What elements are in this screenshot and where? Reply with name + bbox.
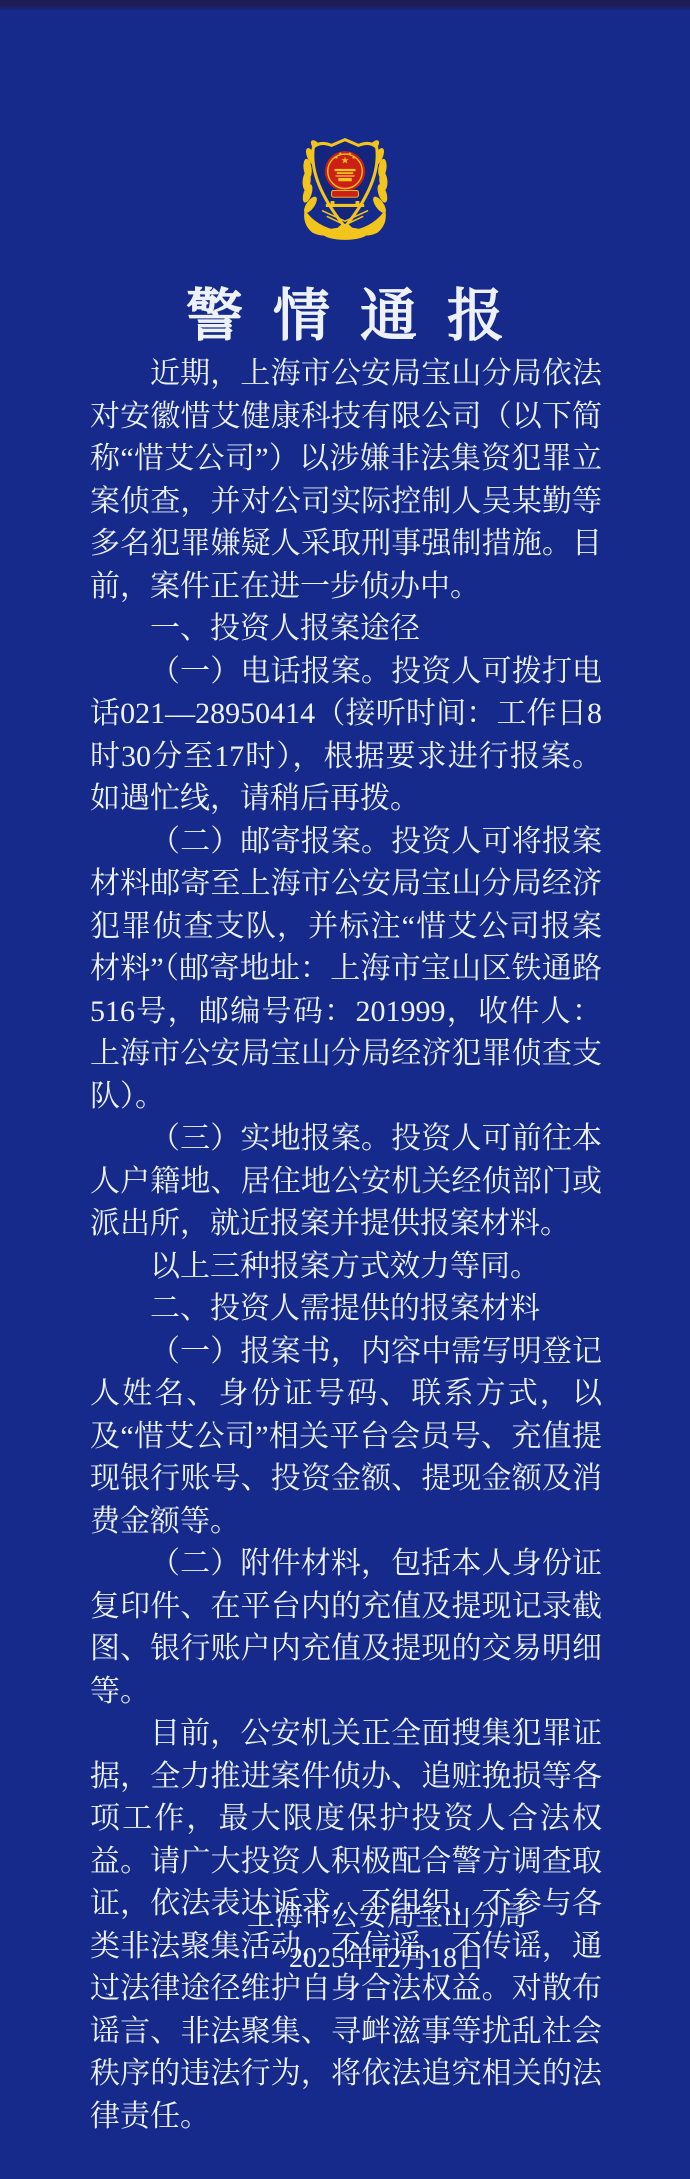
notice-paragraph: （一）电话报案。投资人可拨打电话021—28950414（接听时间：工作日8时3… <box>90 651 602 821</box>
notice-paragraph: （三）实地报案。投资人可前往本人户籍地、居住地公安机关经侦部门或派出所，就近报案… <box>90 1118 602 1246</box>
top-strip <box>0 0 690 11</box>
notice-paragraph: 二、投资人需提供的报案材料 <box>90 1288 602 1331</box>
notice-paragraph: 一、投资人报案途径 <box>90 608 602 651</box>
china-police-badge-icon: ★ ★ ★ ★ ★ <box>297 131 393 248</box>
svg-text:★: ★ <box>348 151 352 156</box>
issue-date: 2025年12月18日 <box>42 1938 690 1980</box>
police-notice-page: { "page": { "background_color": "#152a8a… <box>0 0 690 2179</box>
notice-paragraph: 以上三种报案方式效力等同。 <box>90 1246 602 1289</box>
notice-paragraph: （一）报案书，内容中需写明登记人姓名、身份证号码、联系方式，以及“惜艾公司”相关… <box>90 1331 602 1544</box>
notice-body: 近期，上海市公安局宝山分局依法对安徽惜艾健康科技有限公司（以下简称“惜艾公司”）… <box>90 353 602 2138</box>
notice-paragraph: 近期，上海市公安局宝山分局依法对安徽惜艾健康科技有限公司（以下简称“惜艾公司”）… <box>90 353 602 608</box>
svg-text:★: ★ <box>341 156 350 167</box>
notice-paragraph: （二）附件材料，包括本人身份证复印件、在平台内的充值及提现记录截图、银行账户内充… <box>90 1543 602 1713</box>
svg-text:★: ★ <box>338 151 342 156</box>
page-title: 警情通报 <box>0 270 690 352</box>
svg-text:★: ★ <box>352 155 356 160</box>
signature-block: 上海市公安局宝山分局 2025年12月18日 <box>42 1896 690 1980</box>
notice-paragraph: （二）邮寄报案。投资人可将报案材料邮寄至上海市公安局宝山分局经济犯罪侦查支队，并… <box>90 821 602 1119</box>
badge-wrap: ★ ★ ★ ★ ★ <box>0 131 690 248</box>
issuer-name: 上海市公安局宝山分局 <box>42 1896 690 1938</box>
